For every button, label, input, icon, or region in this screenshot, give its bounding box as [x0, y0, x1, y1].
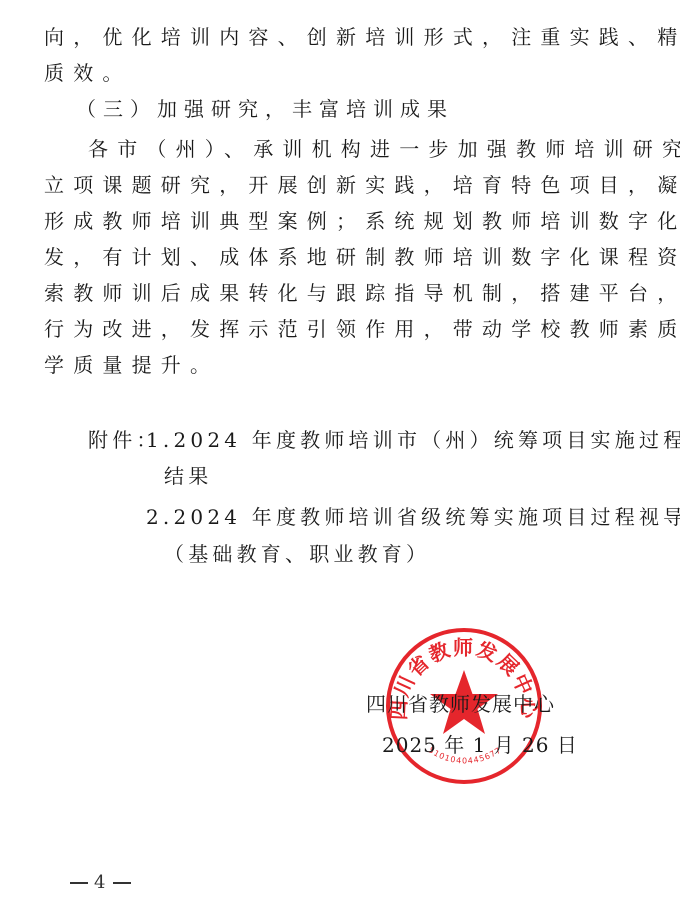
section-heading: （三）加强研究，丰富培训成果 [76, 95, 454, 123]
paragraph-line: 索教师训后成果转化与跟踪指导机制，搭建平台，推动教师训后 [44, 279, 680, 307]
dash-left [70, 882, 88, 884]
paragraph-line: 发，有计划、成体系地研制教师培训数字化课程资源；进一步探 [44, 243, 680, 271]
attachment-item-1-cont: 结果 [164, 462, 212, 490]
attachment-item-2-cont: （基础教育、职业教育） [164, 540, 430, 568]
page-number-value: 4 [94, 872, 107, 893]
attachment-item-2: 2.2024 年度教师培训省级统筹实施项目过程视导结果 [146, 503, 680, 531]
paragraph-line: 行为改进，发挥示范引领作用，带动学校教师素质能力与教育教 [44, 315, 680, 343]
signature-date: 2025 年 1 月 26 日 [382, 731, 578, 759]
paragraph-line: 学质量提升。 [44, 351, 219, 379]
paragraph-line: 向，优化培训内容、创新培训形式，注重实践、精准培训，提高 [44, 23, 680, 51]
attachment-item-1: 1.2024 年度教师培训市（州）统筹项目实施过程视导 [146, 426, 680, 454]
paragraph-line: 立项课题研究，开展创新实践，培育特色项目，凝练典型经验， [44, 171, 680, 199]
dash-right [113, 882, 131, 884]
signature-organization: 四川省教师发展中心 [366, 690, 555, 718]
page-number: 4 [64, 872, 137, 893]
paragraph-line: 形成教师培训典型案例；系统规划教师培训数字化课程资源开 [44, 207, 680, 235]
paragraph-line: 各市（州）、承训机构进一步加强教师培训研究工作，通过 [88, 135, 680, 163]
paragraph-line: 质效。 [44, 59, 132, 87]
